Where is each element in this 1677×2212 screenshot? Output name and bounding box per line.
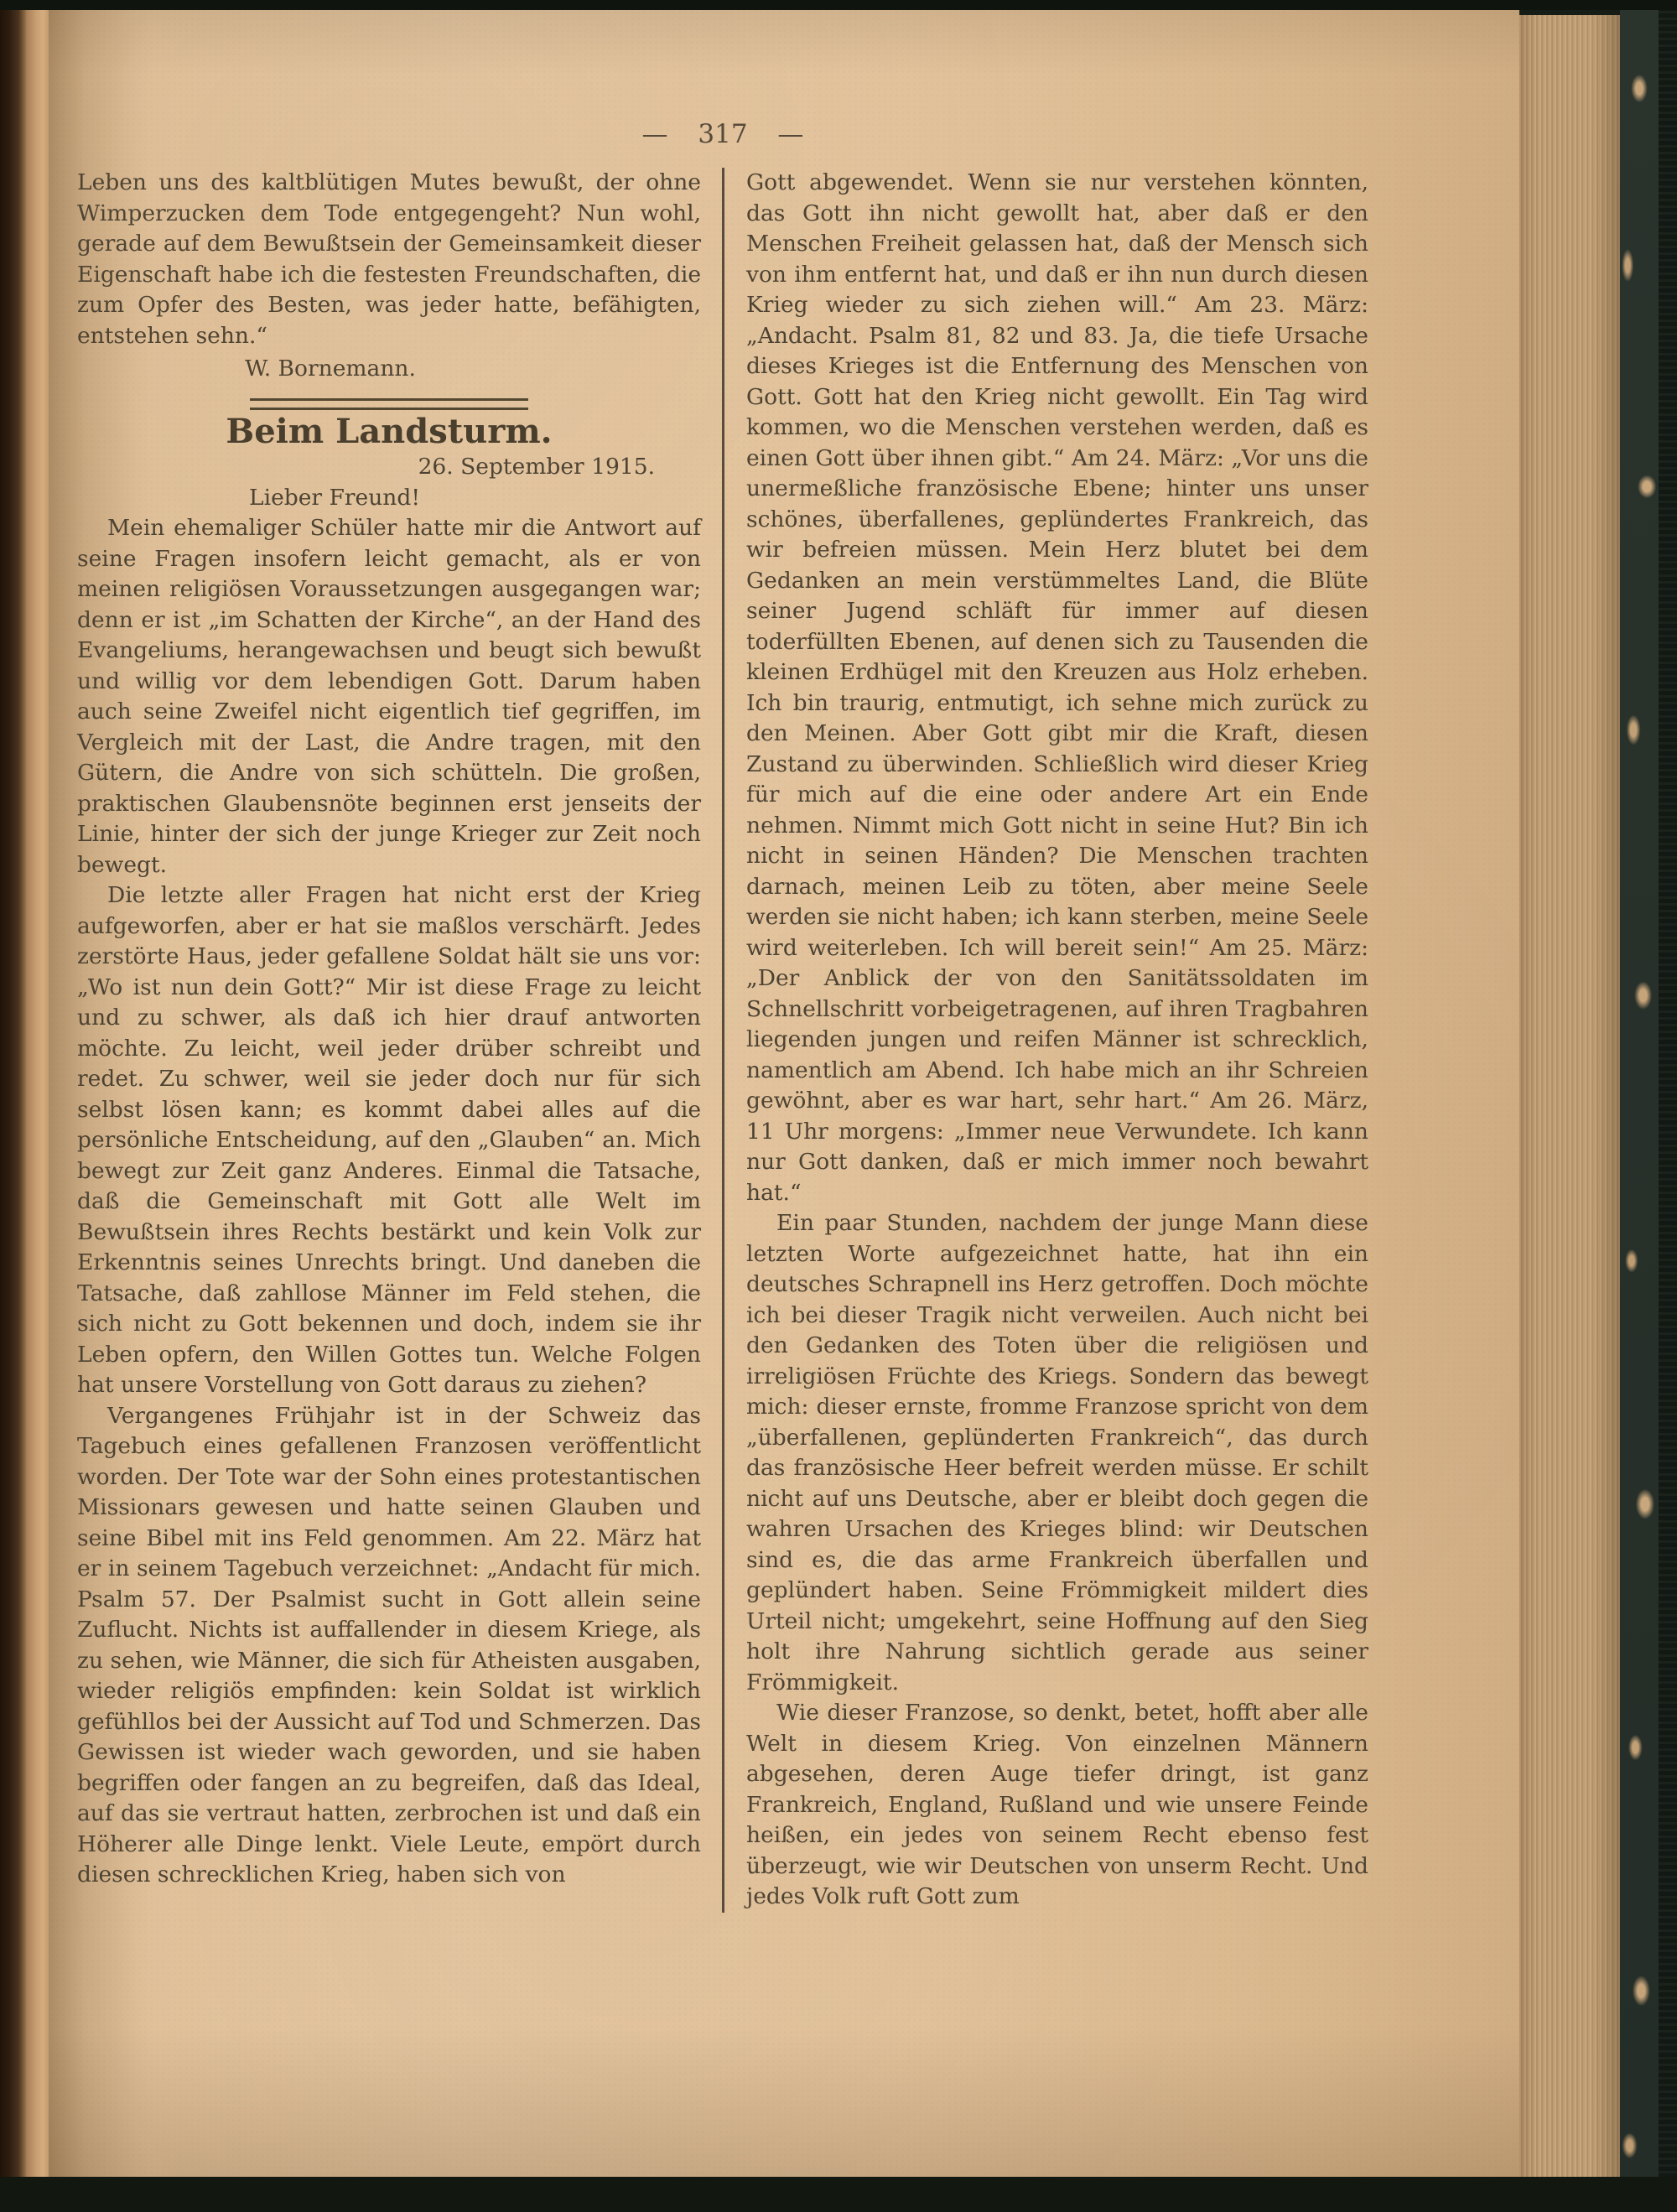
binding-top-edge [0,0,1677,10]
body-paragraph: Wie dieser Franzose, so denkt, betet, ho… [746,1698,1368,1913]
dateline: 26. September 1915. [77,452,701,483]
body-paragraph: Gott abgewendet. Wenn sie nur verstehen … [746,168,1368,1208]
binding-bottom-edge [0,2177,1677,2212]
right-column: Gott abgewendet. Wenn sie nur verstehen … [746,168,1368,1913]
continuation-paragraph: Leben uns des kaltblütigen Mutes bewußt,… [77,168,701,351]
body-paragraph: Die letzte aller Fragen hat nicht erst d… [77,880,701,1401]
body-paragraph: Mein ehemaliger Schüler hatte mir die An… [77,513,701,880]
book-gutter-shadow [0,0,27,2212]
page-number: — 317 — [77,119,1368,149]
book-scan: — 317 — Leben uns des kaltblütigen Mutes… [0,0,1677,2212]
text-columns: Leben uns des kaltblütigen Mutes bewußt,… [77,168,1368,1913]
author-signature: W. Bornemann. [77,354,701,385]
marbled-cover-edge [1620,0,1659,2212]
book-page: — 317 — Leben uns des kaltblütigen Mutes… [49,10,1519,2177]
section-divider-rule [250,398,528,410]
body-paragraph: Ein paar Stunden, nachdem der junge Mann… [746,1208,1368,1698]
salutation: Lieber Freund! [77,483,701,514]
column-rule [722,168,724,1913]
article-title: Beim Landsturm. [77,417,701,448]
stacked-page-edges [1519,15,1620,2183]
cover-cloth [1659,0,1677,2212]
left-column: Leben uns des kaltblütigen Mutes bewußt,… [77,168,701,1913]
body-paragraph: Vergangenes Frühjahr ist in der Schweiz … [77,1401,701,1891]
left-page-edge [27,0,49,2212]
